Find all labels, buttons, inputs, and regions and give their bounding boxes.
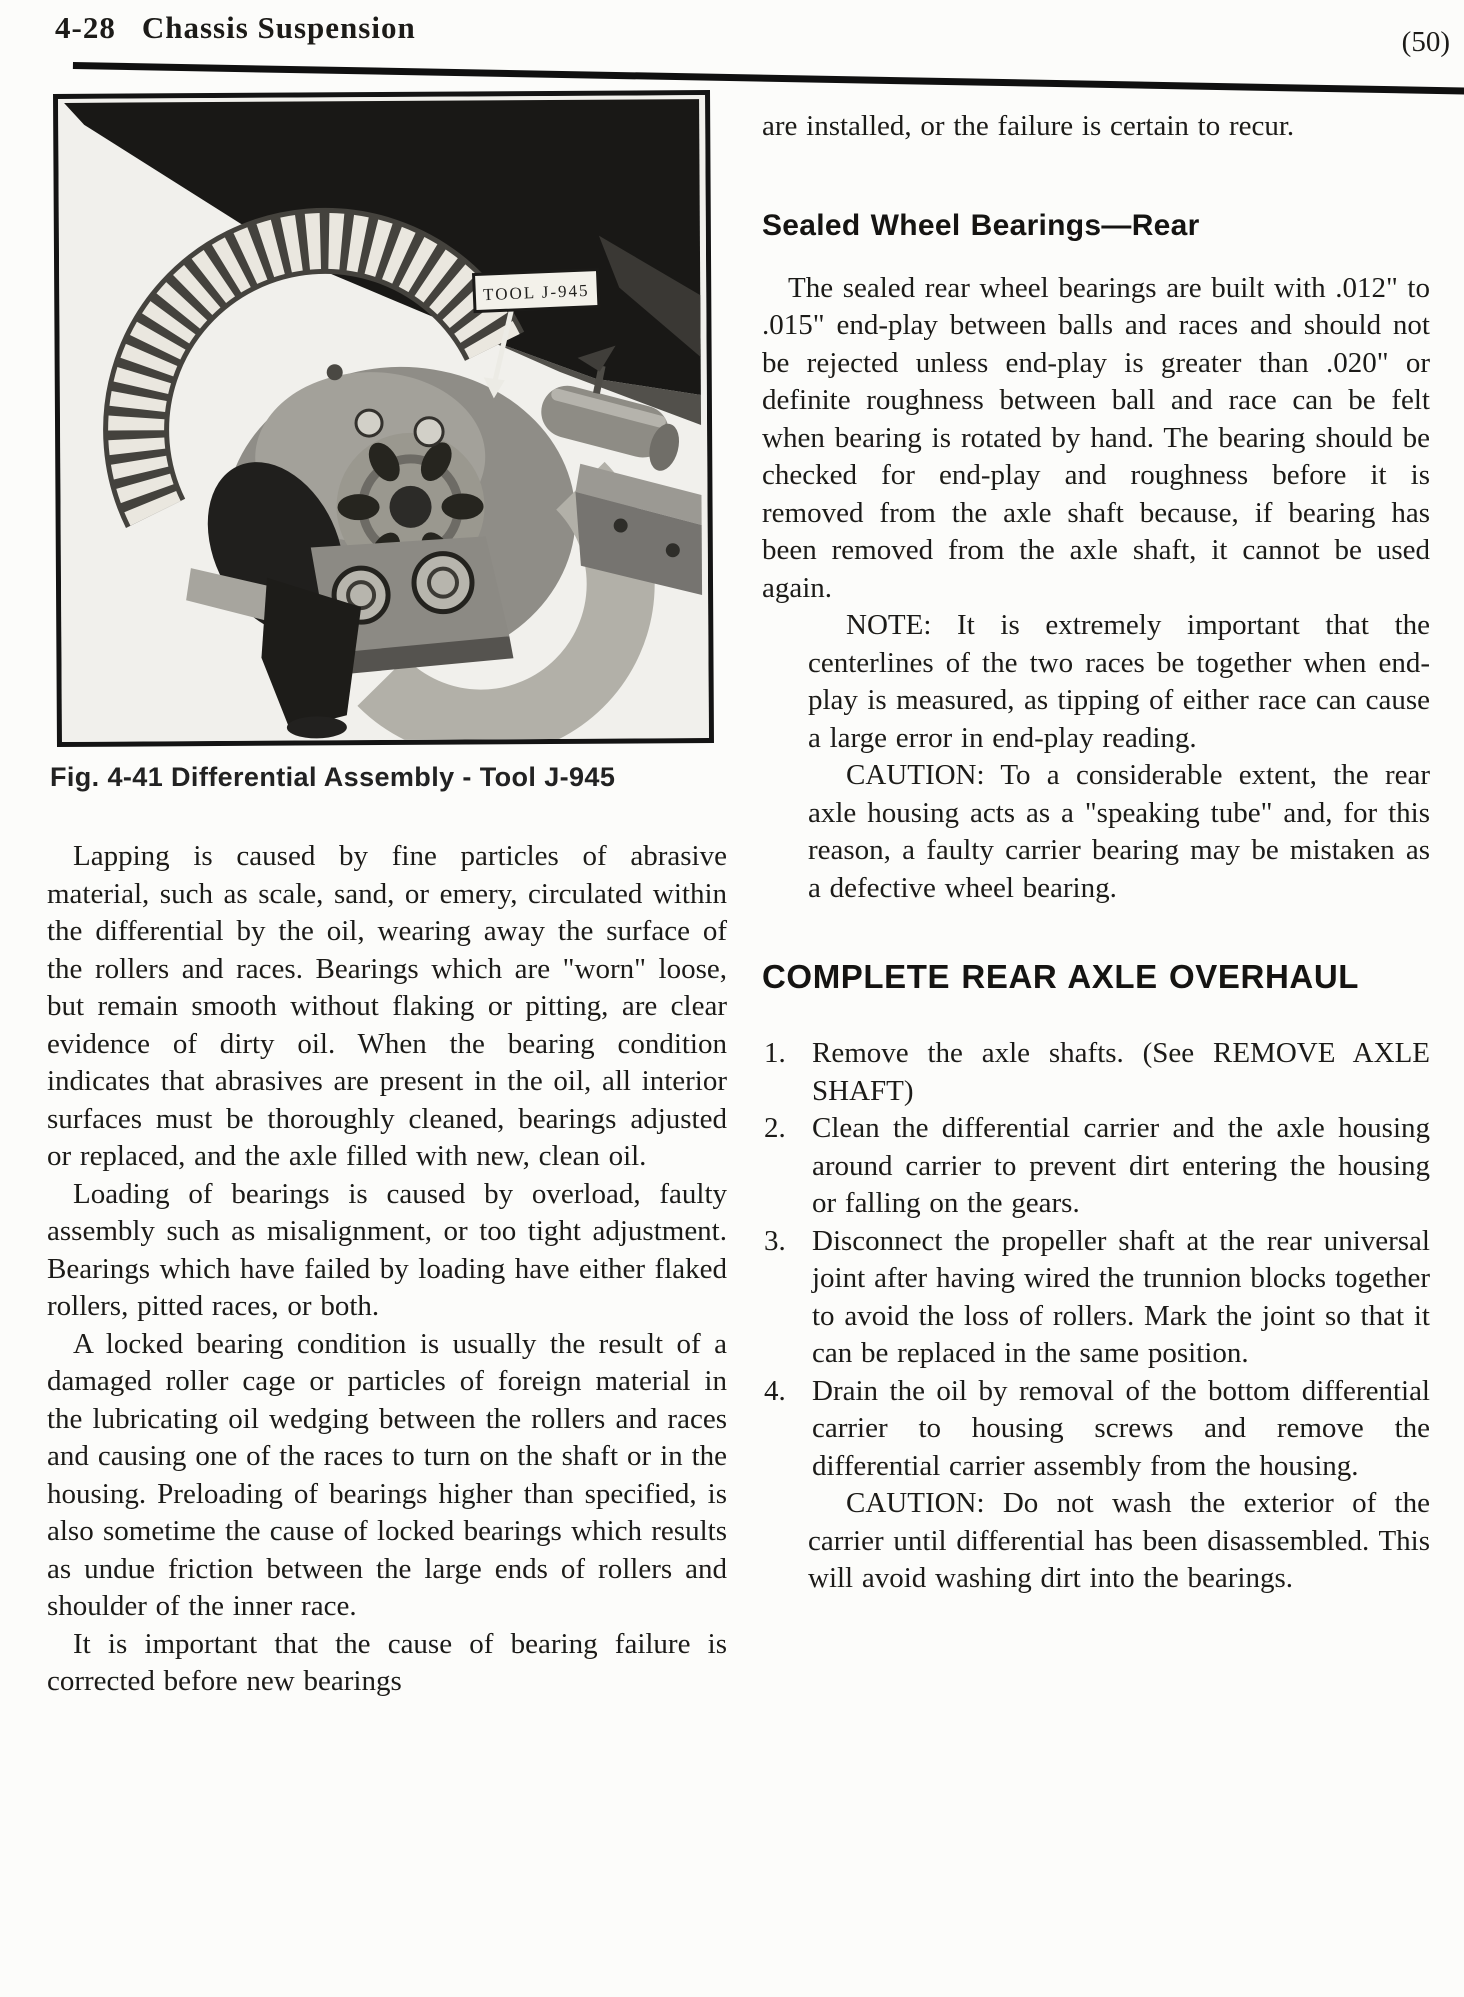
heading-complete-rear-axle-overhaul: COMPLETE REAR AXLE OVERHAUL	[762, 955, 1430, 999]
heading-sealed-wheel-bearings: Sealed Wheel Bearings—Rear	[762, 208, 1430, 244]
paragraph: Loading of bearings is caused by overloa…	[47, 1176, 727, 1326]
header-rule	[73, 62, 1464, 95]
bolt-head	[414, 553, 472, 611]
section-title: Chassis Suspension	[142, 10, 416, 45]
step-number: 4.	[764, 1373, 786, 1411]
caution-paragraph: CAUTION: Do not wash the exterior of the…	[808, 1485, 1430, 1598]
paragraph: Lapping is caused by fine particles of a…	[47, 838, 727, 1176]
photo-label-box: TOOL J-945	[474, 270, 599, 312]
paragraph: It is important that the cause of bearin…	[47, 1626, 727, 1701]
paragraph: The sealed rear wheel bearings are built…	[762, 270, 1430, 608]
bolt-head	[356, 410, 382, 436]
paragraph: A locked bearing condition is usually th…	[47, 1326, 727, 1626]
right-column: are installed, or the failure is certain…	[762, 108, 1430, 1598]
step-text: Drain the oil by removal of the bottom d…	[812, 1375, 1430, 1482]
section-number: 4-28	[55, 10, 116, 45]
bolt-head	[415, 418, 443, 446]
step-text: Clean the differential carrier and the a…	[812, 1112, 1430, 1219]
caution-paragraph: CAUTION: To a considerable extent, the r…	[808, 757, 1430, 907]
figure-frame: TOOL J-945	[53, 90, 714, 747]
list-item: 2. Clean the differential carrier and th…	[762, 1110, 1430, 1223]
step-number: 1.	[764, 1035, 786, 1073]
list-item: 3. Disconnect the propeller shaft at the…	[762, 1223, 1430, 1373]
step-text: Remove the axle shafts. (See REMOVE AXLE…	[812, 1037, 1430, 1107]
step-number: 2.	[764, 1110, 786, 1148]
page-number: (50)	[1402, 26, 1450, 59]
step-text: Disconnect the propeller shaft at the re…	[812, 1225, 1430, 1370]
list-item: 1. Remove the axle shafts. (See REMOVE A…	[762, 1035, 1430, 1110]
figure-caption: Fig. 4-41 Differential Assembly - Tool J…	[50, 762, 718, 793]
manual-page: 4-28Chassis Suspension (50)	[0, 0, 1464, 1997]
paragraph-continuation: are installed, or the failure is certain…	[762, 108, 1430, 146]
differential-assembly-photo: TOOL J-945	[58, 95, 709, 742]
step-number: 3.	[764, 1223, 786, 1261]
left-column: Lapping is caused by fine particles of a…	[47, 838, 727, 1701]
page-header-left: 4-28Chassis Suspension	[55, 10, 416, 46]
note-paragraph: NOTE: It is extremely important that the…	[808, 607, 1430, 757]
list-item: 4. Drain the oil by removal of the botto…	[762, 1373, 1430, 1486]
